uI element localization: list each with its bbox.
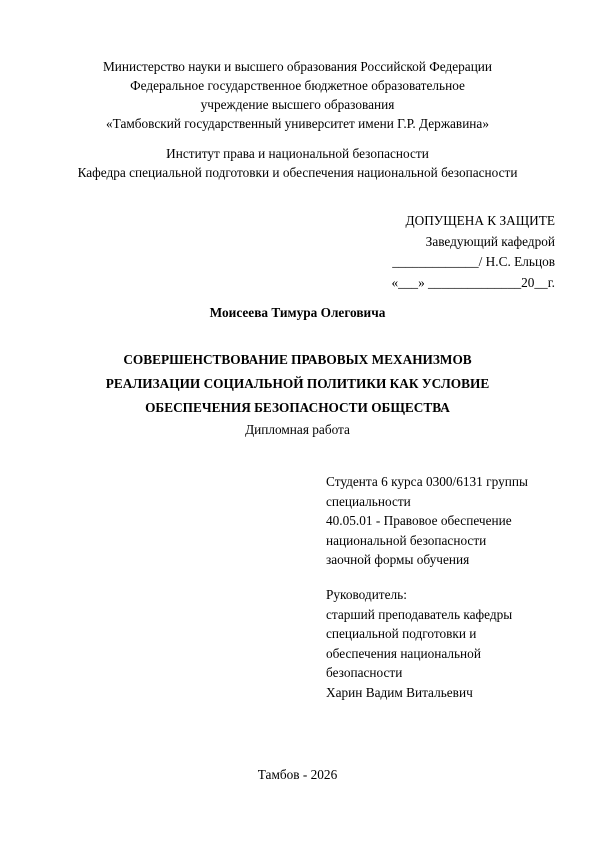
organization-block: Министерство науки и высшего образования… (0, 57, 595, 133)
signature-line: _____________/ Н.С. Ельцов (391, 252, 555, 273)
supervisor-info-line: специальной подготовки и (326, 624, 512, 644)
title-line: ОБЕСПЕЧЕНИЯ БЕЗОПАСНОСТИ ОБЩЕСТВА (0, 396, 595, 420)
student-info-line: заочной формы обучения (326, 550, 528, 570)
supervisor-block: Руководитель: старший преподаватель кафе… (326, 585, 512, 702)
title-line: СОВЕРШЕНСТВОВАНИЕ ПРАВОВЫХ МЕХАНИЗМОВ (0, 348, 595, 372)
supervisor-info-line: старший преподаватель кафедры (326, 605, 512, 625)
thesis-title: СОВЕРШЕНСТВОВАНИЕ ПРАВОВЫХ МЕХАНИЗМОВ РЕ… (0, 348, 595, 420)
city-year: Тамбов - 2026 (0, 765, 595, 784)
approval-block: ДОПУЩЕНА К ЗАЩИТЕ Заведующий кафедрой __… (391, 211, 555, 293)
approval-role: Заведующий кафедрой (391, 232, 555, 253)
student-info-line: национальной безопасности (326, 531, 528, 551)
title-line: РЕАЛИЗАЦИИ СОЦИАЛЬНОЙ ПОЛИТИКИ КАК УСЛОВ… (0, 372, 595, 396)
supervisor-label: Руководитель: (326, 585, 512, 605)
student-info-block: Студента 6 курса 0300/6131 группы специа… (326, 472, 528, 570)
author-name: Моисеева Тимура Олеговича (0, 303, 595, 322)
department-name: Кафедра специальной подготовки и обеспеч… (0, 163, 595, 182)
federal-institution-line: Федеральное государственное бюджетное об… (0, 76, 595, 95)
supervisor-info-line: безопасности (326, 663, 512, 683)
student-info-line: 40.05.01 - Правовое обеспечение (326, 511, 528, 531)
institute-name: Институт права и национальной безопаснос… (0, 144, 595, 163)
supervisor-info-line: обеспечения национальной (326, 644, 512, 664)
date-line: «___» ______________20__г. (391, 273, 555, 294)
student-info-line: специальности (326, 492, 528, 512)
student-info-line: Студента 6 курса 0300/6131 группы (326, 472, 528, 492)
university-name: «Тамбовский государственный университет … (0, 114, 595, 133)
higher-education-line: учреждение высшего образования (0, 95, 595, 114)
institute-block: Институт права и национальной безопаснос… (0, 144, 595, 182)
approval-status: ДОПУЩЕНА К ЗАЩИТЕ (391, 211, 555, 232)
ministry-line: Министерство науки и высшего образования… (0, 57, 595, 76)
supervisor-name: Харин Вадим Витальевич (326, 683, 512, 703)
work-type: Дипломная работа (0, 420, 595, 439)
